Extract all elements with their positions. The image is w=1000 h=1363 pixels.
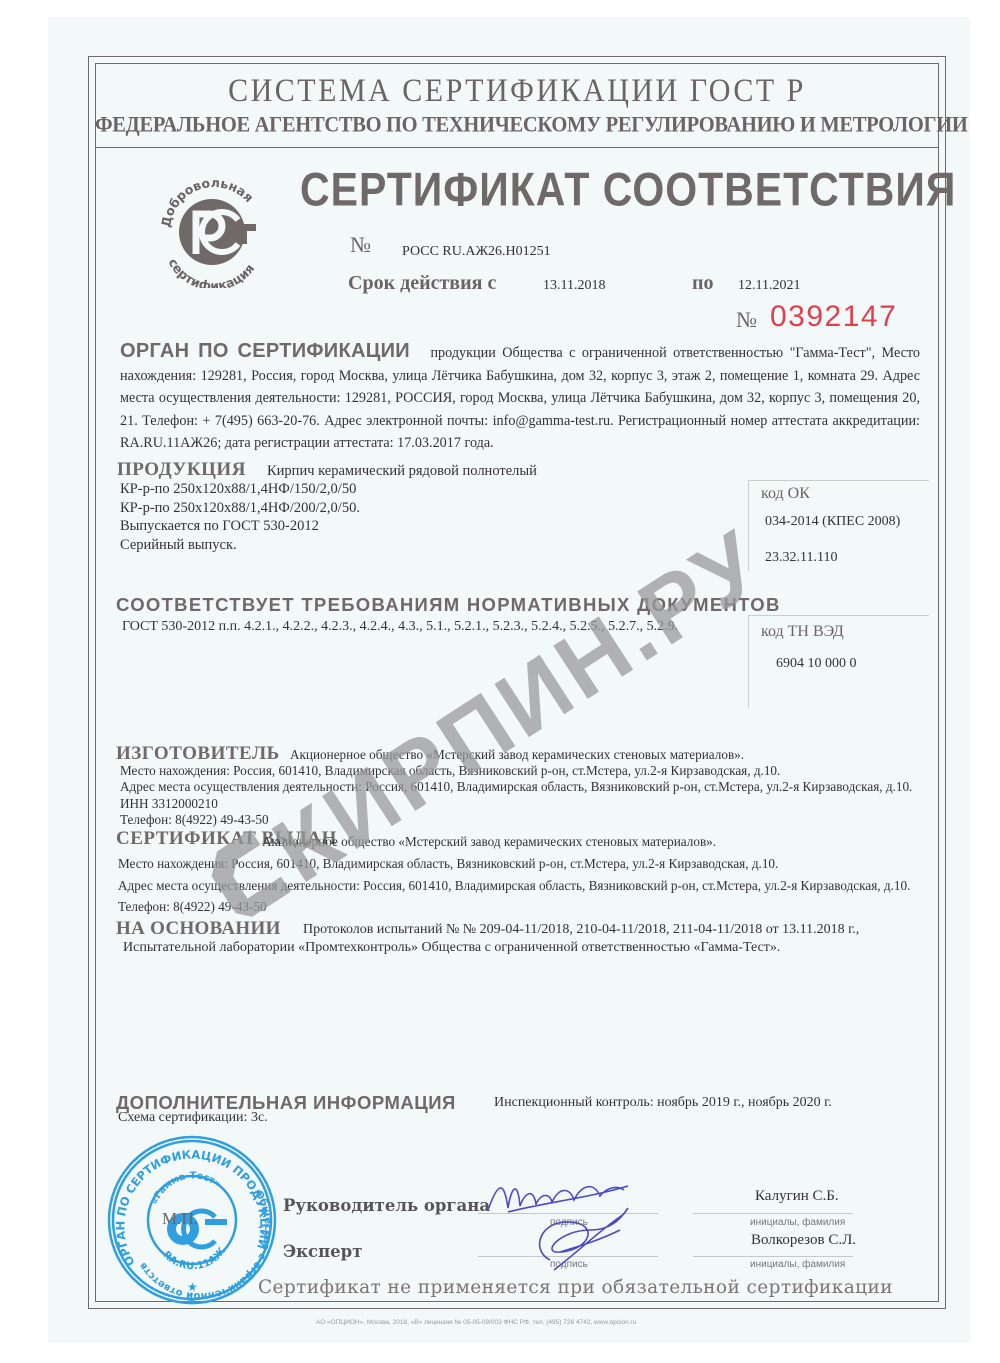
manufacturer-name: Акционерное общество «Мстерский завод ке… [290, 747, 744, 763]
valid-from-date: 13.11.2018 [543, 278, 605, 294]
certificate-title: СЕРТИФИКАТ СООТВЕТСТВИЯ [300, 163, 956, 217]
product-name: Кирпич керамический рядовой полнотелый [267, 463, 537, 480]
inspection-control: Инспекционный контроль: ноябрь 2019 г., … [494, 1095, 832, 1111]
svg-text:★: ★ [187, 1297, 196, 1308]
compliance-standards: ГОСТ 530-2012 п.п. 4.2.1., 4.2.2., 4.2.3… [122, 619, 678, 635]
printer-imprint: АО «ОПЦИОН», Москва, 2018, «В» лицензия … [316, 1319, 636, 1326]
rst-logo-icon: Добровольная сертификация [152, 168, 272, 288]
tn-ved-code-value: 6904 10 000 0 [776, 656, 857, 672]
tn-ved-code-box: код ТН ВЭД 6904 10 000 0 [748, 615, 929, 708]
issued-to-name: Акционерное общество «Мстерский завод ке… [262, 834, 716, 850]
head-name: Калугин С.Б. [755, 1188, 839, 1205]
ok-code-label: код ОК [761, 485, 810, 503]
expert-signature-icon [520, 1200, 640, 1280]
ok-code-box: код ОК 034-2014 (КПЕС 2008) 23.32.11.110 [748, 480, 929, 571]
issued-to-line: Адрес места осуществления деятельности: … [118, 875, 910, 897]
basis-laboratory: Испытательной лаборатории «Промтехконтро… [123, 940, 780, 956]
valid-to-label: по [692, 272, 714, 295]
tn-ved-code-label: код ТН ВЭД [761, 623, 844, 641]
basis-protocols: Протоколов испытаний № № 209-04-11/2018,… [303, 922, 859, 938]
number-sign: № [350, 232, 371, 258]
ok-code-value: 23.32.11.110 [765, 550, 837, 566]
serial-number-sign: № [736, 307, 757, 333]
product-line: КР-р-по 250х120х88/1,4НФ/150/2,0/50 [120, 480, 520, 499]
manufacturer-line: Адрес места осуществления деятельности: … [120, 779, 912, 795]
svg-text:★: ★ [187, 1280, 198, 1294]
validity-label: Срок действия с [348, 272, 496, 295]
issued-to-details: Место нахождения: Россия, 601410, Владим… [118, 853, 910, 918]
product-details: КР-р-по 250х120х88/1,4НФ/150/2,0/50 КР-р… [120, 480, 520, 554]
certification-scheme: Схема сертификации: 3с. [118, 1110, 268, 1126]
product-line: КР-р-по 250х120х88/1,4НФ/200/2,0/50. [120, 499, 520, 518]
product-line: Выпускается по ГОСТ 530-2012 [120, 517, 520, 536]
system-title: СИСТЕМА СЕРТИФИКАЦИИ ГОСТ Р [95, 72, 939, 109]
header-divider [95, 147, 939, 148]
agency-name: ФЕДЕРАЛЬНОЕ АГЕНТСТВО ПО ТЕХНИЧЕСКОМУ РЕ… [95, 113, 939, 138]
head-name-caption: инициалы, фамилия [750, 1217, 845, 1228]
valid-to-date: 12.11.2021 [738, 278, 800, 294]
issued-to-line: Место нахождения: Россия, 601410, Владим… [118, 853, 910, 875]
manufacturer-line: Место нахождения: Россия, 601410, Владим… [120, 763, 912, 779]
issued-to-line: Телефон: 8(4922) 49-43-50 [118, 896, 910, 918]
expert-name-caption: инициалы, фамилия [750, 1259, 845, 1270]
manufacturer-line: Телефон: 8(4922) 49-43-50 [120, 812, 912, 828]
product-heading: ПРОДУКЦИЯ [117, 459, 246, 481]
svg-text:«Гамма-Тест»: «Гамма-Тест» [149, 1170, 222, 1206]
head-name-line [693, 1213, 853, 1214]
not-applied-notice: Сертификат не применяется при обязательн… [258, 1277, 893, 1298]
certification-body-heading: ОРГАН ПО СЕРТИФИКАЦИИ [120, 340, 410, 362]
registration-number: РОСС RU.АЖ26.Н01251 [402, 244, 551, 260]
expert-role: Эксперт [283, 1242, 362, 1261]
basis-heading: НА ОСНОВАНИИ [116, 918, 281, 940]
compliance-heading: СООТВЕТСТВУЕТ ТРЕБОВАНИЯМ НОРМАТИВНЫХ ДО… [116, 594, 781, 616]
manufacturer-details: Место нахождения: Россия, 601410, Владим… [120, 763, 912, 828]
head-role: Руководитель органа [283, 1196, 490, 1215]
product-line: Серийный выпуск. [120, 536, 520, 555]
manufacturer-heading: ИЗГОТОВИТЕЛЬ [116, 743, 280, 765]
expert-name-line [693, 1256, 853, 1257]
manufacturer-line: ИНН 3312000210 [120, 796, 912, 812]
certification-body-section: ОРГАН ПО СЕРТИФИКАЦИИ продукции Общества… [120, 340, 920, 455]
seal-label: М.П. [162, 1209, 198, 1229]
serial-number: 0392147 [770, 300, 897, 334]
ok-code-value: 034-2014 (КПЕС 2008) [765, 514, 900, 530]
expert-name: Волкорезов С.Л. [751, 1232, 856, 1249]
